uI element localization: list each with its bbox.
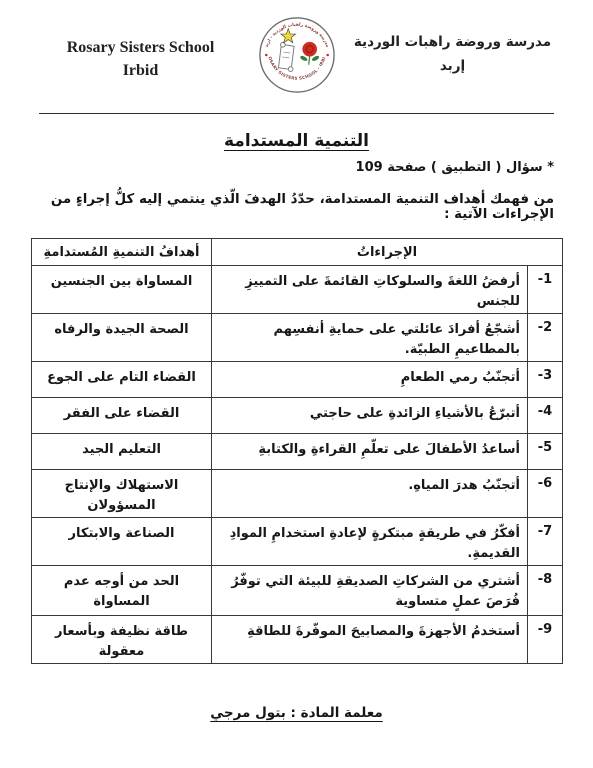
table-header-row: الإجراءاتُ أهدافُ التنميةِ المُستدامةِ — [32, 239, 563, 266]
school-name-english: Rosary Sisters School Irbid — [38, 36, 243, 82]
school-name-ar-line2: إربد — [350, 55, 555, 79]
school-seal-icon: مدرسة وروضة راهبات الوردية - اربد ROSARY… — [258, 16, 336, 94]
column-header-goals: أهدافُ التنميةِ المُستدامةِ — [32, 239, 212, 266]
goal-text: القضاء على الفقر — [32, 398, 212, 434]
table-row: 9- أستخدمُ الأجهزةَ والمصابيحَ الموفّرةَ… — [32, 616, 563, 664]
action-text: أشجّعُ أفرادَ عائلتي على حمايةِ أنفسِهم … — [212, 314, 528, 362]
header-divider — [39, 113, 554, 114]
goal-text: الصناعة والابتكار — [32, 518, 212, 566]
action-text: أرفضُ اللغةَ والسلوكاتِ القائمةَ على الت… — [212, 266, 528, 314]
scroll-icon — [278, 42, 294, 71]
question-reference-line: * سؤال ( التطبيق ) صفحة 109 — [39, 160, 554, 175]
row-number: 6- — [528, 470, 563, 518]
goal-text: المساواة بين الجنسين — [32, 266, 212, 314]
goal-text: طاقة نظيفة وبأسعار معقولة — [32, 616, 212, 664]
column-header-actions: الإجراءاتُ — [212, 239, 563, 266]
row-number: 7- — [528, 518, 563, 566]
row-number: 9- — [528, 616, 563, 664]
action-text: أتبرّعُ بالأشياءِ الزائدةِ على حاجتي — [212, 398, 528, 434]
goal-text: التعليم الجيد — [32, 434, 212, 470]
table-row: 2- أشجّعُ أفرادَ عائلتي على حمايةِ أنفسِ… — [32, 314, 563, 362]
row-number: 2- — [528, 314, 563, 362]
seal-left-dot-icon — [265, 54, 268, 57]
table-row: 7- أفكّرُ في طريقةٍ مبتكرةٍ لإعادةِ استخ… — [32, 518, 563, 566]
goal-text: القضاء التام على الجوع — [32, 362, 212, 398]
page-header: Rosary Sisters School Irbid مدرسة وروضة … — [0, 0, 593, 94]
goal-text: الصحة الجيدة والرفاه — [32, 314, 212, 362]
school-logo: مدرسة وروضة راهبات الوردية - اربد ROSARY… — [258, 16, 336, 94]
row-number: 3- — [528, 362, 563, 398]
action-text: أتجنّبُ رمي الطعامِ — [212, 362, 528, 398]
table-row: 5- أساعدُ الأطفالَ على تعلّمِ القراءةِ و… — [32, 434, 563, 470]
worksheet-page: Rosary Sisters School Irbid مدرسة وروضة … — [0, 0, 593, 768]
table-row: 8- أشتري من الشركاتِ الصديقةِ للبيئة الت… — [32, 566, 563, 616]
table-row: 1- أرفضُ اللغةَ والسلوكاتِ القائمةَ على … — [32, 266, 563, 314]
row-number: 5- — [528, 434, 563, 470]
table-row: 3- أتجنّبُ رمي الطعامِ القضاء التام على … — [32, 362, 563, 398]
school-name-arabic: مدرسة وروضة راهبات الوردية إربد — [350, 31, 555, 78]
goal-text: الحد من أوجه عدم المساواة — [32, 566, 212, 616]
action-text: أفكّرُ في طريقةٍ مبتكرةٍ لإعادةِ استخدام… — [212, 518, 528, 566]
school-name-ar-line1: مدرسة وروضة راهبات الوردية — [350, 31, 555, 55]
action-text: أساعدُ الأطفالَ على تعلّمِ القراءةِ والك… — [212, 434, 528, 470]
seal-right-dot-icon — [326, 54, 329, 57]
school-name-en-line2: Irbid — [38, 59, 243, 82]
row-number: 4- — [528, 398, 563, 434]
row-number: 8- — [528, 566, 563, 616]
worksheet-table-wrap: الإجراءاتُ أهدافُ التنميةِ المُستدامةِ 1… — [31, 238, 562, 664]
table-row: 4- أتبرّعُ بالأشياءِ الزائدةِ على حاجتي … — [32, 398, 563, 434]
teacher-signature-line: معلمة المادة : بتول مرجي — [0, 705, 593, 721]
actions-goals-table: الإجراءاتُ أهدافُ التنميةِ المُستدامةِ 1… — [31, 238, 563, 664]
action-text: أتجنّبُ هدرَ المياهِ. — [212, 470, 528, 518]
page-title: التنمية المستدامة — [0, 131, 593, 151]
row-number: 1- — [528, 266, 563, 314]
action-text: أستخدمُ الأجهزةَ والمصابيحَ الموفّرةَ لل… — [212, 616, 528, 664]
goal-text: الاستهلاك والإنتاج المسؤولان — [32, 470, 212, 518]
action-text: أشتري من الشركاتِ الصديقةِ للبيئة التي ت… — [212, 566, 528, 616]
instructions-line: من فهمك أهداف التنمية المستدامة، حدّدُ ا… — [20, 192, 554, 222]
seal-circle — [259, 18, 333, 92]
table-row: 6- أتجنّبُ هدرَ المياهِ. الاستهلاك والإن… — [32, 470, 563, 518]
school-name-en-line1: Rosary Sisters School — [38, 36, 243, 59]
